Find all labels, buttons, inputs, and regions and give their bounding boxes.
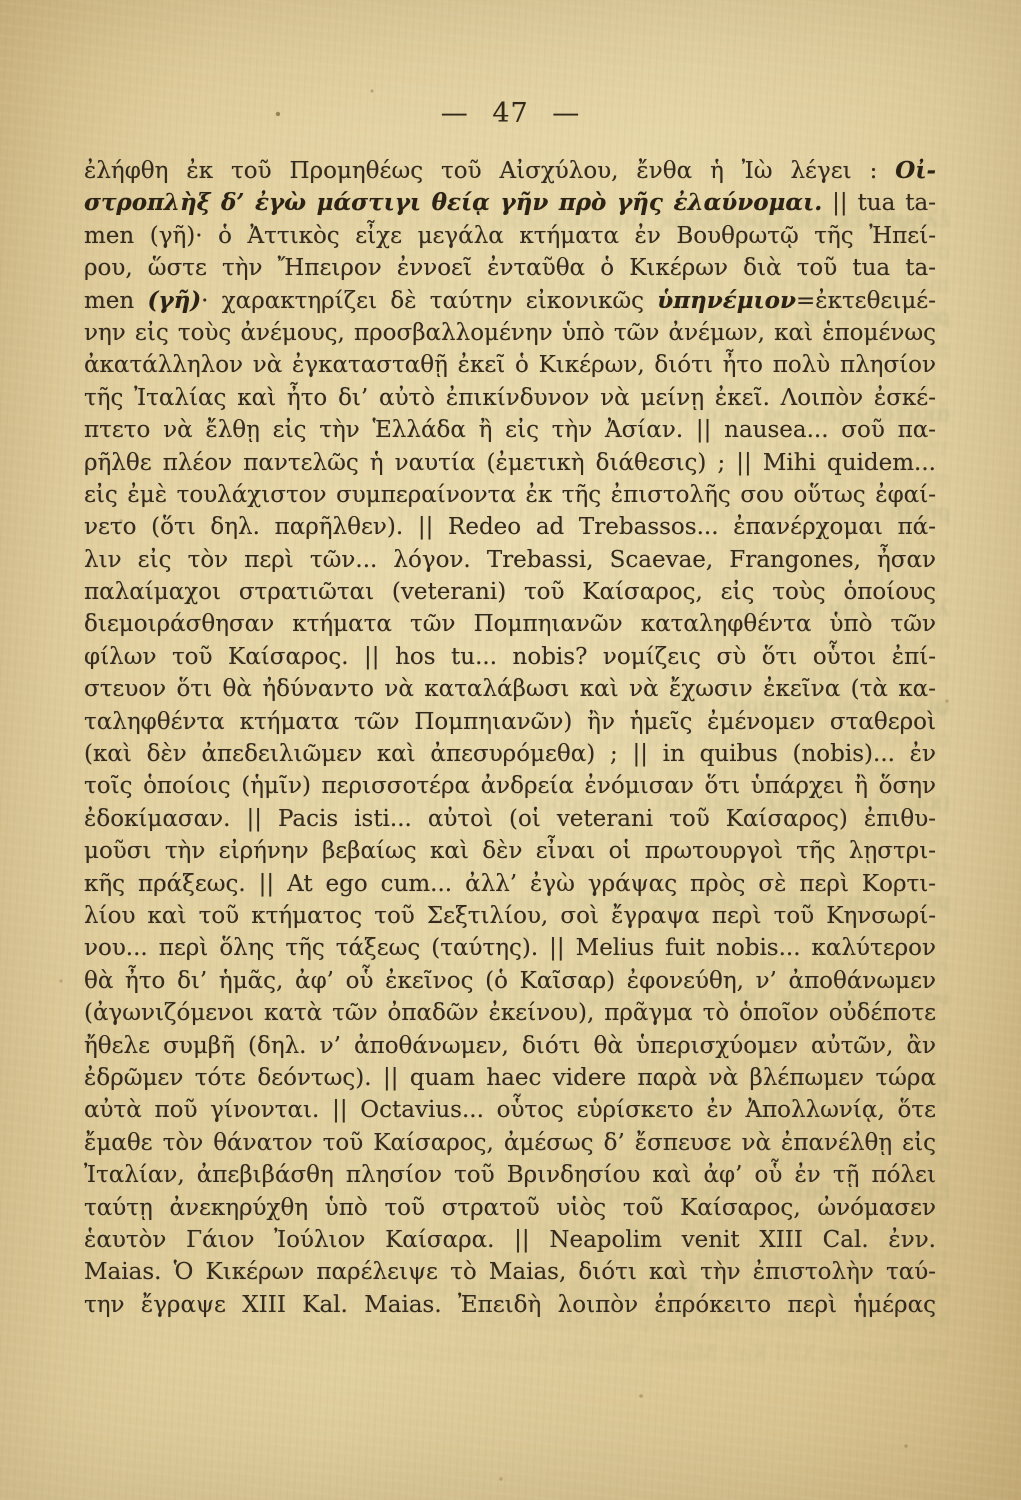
text-segment: Maias. Ὁ Κικέρων παρέλειψε τὸ Maias, διό… <box>84 1259 936 1285</box>
text-line: εἰς ἐμὲ τουλάχιστον συμπεραίνοντα ἐκ τῆς… <box>84 479 936 511</box>
text-segment: πτετο νὰ ἔλθῃ εἰς τὴν Ἑλλάδα ἢ εἰς τὴν Ἀ… <box>84 417 936 443</box>
text-segment: ταύτῃ ἀνεκηρύχθη ὑπὸ τοῦ στρατοῦ υἱὸς το… <box>84 1195 936 1221</box>
text-segment: αὐτὰ ποῦ γίνονται. || Octavius... οὗτος … <box>84 1097 936 1123</box>
text-line: (ἀγωνιζόμενοι κατὰ τῶν ὀπαδῶν ἐκείνου), … <box>84 997 936 1029</box>
text-line: φίλων τοῦ Καίσαρος. || hos tu... nobis? … <box>84 641 936 673</box>
text-line: πτετο νὰ ἔλθῃ εἰς τὴν Ἑλλάδα ἢ εἰς τὴν Ἀ… <box>84 414 936 446</box>
text-line: νην εἰς τοὺς ἀνέμους, προσβαλλομένην ὑπὸ… <box>84 317 936 349</box>
text-line: την ἔγραψε XIII Kal. Maias. Ἐπειδὴ λοιπὸ… <box>84 1289 936 1321</box>
text-segment: (καὶ δὲν ἀπεδειλιῶμεν καὶ ἀπεσυρόμεθα) ;… <box>84 741 936 767</box>
text-segment: ἐλήφθη ἐκ τοῦ Προμηθέως τοῦ Αἰσχύλου, ἔν… <box>84 158 895 184</box>
text-segment: νετο (ὅτι δηλ. παρῆλθεν). || Redeo ad Tr… <box>84 514 936 540</box>
text-line: ἐλήφθη ἐκ τοῦ Προμηθέως τοῦ Αἰσχύλου, ἔν… <box>84 155 936 187</box>
text-segment: ἐδοκίμασαν. || Pacis isti... αὐτοὶ (οἱ v… <box>84 806 936 832</box>
text-segment: ρῆλθε πλέον παντελῶς ἡ ναυτία (ἐμετικὴ δ… <box>84 450 936 476</box>
text-line: ἐδοκίμασαν. || Pacis isti... αὐτοὶ (οἱ v… <box>84 803 936 835</box>
text-line: men (γῆ)· ὁ Ἀττικὸς εἶχε μεγάλα κτήματα … <box>84 220 936 252</box>
text-segment: Ἰταλίαν, ἀπεβιβάσθη πλησίον τοῦ Βρινδησί… <box>84 1162 936 1188</box>
text-segment: Οἰ- <box>895 157 936 184</box>
text-segment: στροπλὴξ δ’ ἐγὼ μάστιγι θείᾳ γῆν πρὸ γῆς… <box>84 189 822 216</box>
text-segment: ρου, ὥστε τὴν Ἤπειρον ἐννοεῖ ἐνταῦθα ὁ Κ… <box>84 255 936 281</box>
text-segment: παλαίμαχοι στρατιῶται (veterani) τοῦ Καί… <box>84 579 936 605</box>
text-line: ἔμαθε τὸν θάνατον τοῦ Καίσαρος, ἀμέσως δ… <box>84 1127 936 1159</box>
text-segment: την ἔγραψε XIII Kal. Maias. Ἐπειδὴ λοιπὸ… <box>84 1292 936 1318</box>
text-segment: (ἀγωνιζόμενοι κατὰ τῶν ὀπαδῶν ἐκείνου), … <box>84 1000 936 1026</box>
text-line: ἐδρῶμεν τότε δεόντως). || quam haec vide… <box>84 1062 936 1094</box>
text-line: παλαίμαχοι στρατιῶται (veterani) τοῦ Καί… <box>84 576 936 608</box>
text-line: ἑαυτὸν Γάιον Ἰούλιον Καίσαρα. || Neapoli… <box>84 1224 936 1256</box>
page-number: — 47 — <box>0 98 1021 129</box>
text-line: τῆς Ἰταλίας καὶ ἦτο δι’ αὐτὸ ἐπικίνδυνον… <box>84 382 936 414</box>
text-segment: λιν εἰς τὸν περὶ τῶν... λόγον. Trebassi,… <box>84 547 936 573</box>
text-segment: ταληφθέντα κτήματα τῶν Πομπηιανῶν) ἢν ἡμ… <box>84 709 936 735</box>
text-block: ἐλήφθη ἐκ τοῦ Προμηθέως τοῦ Αἰσχύλου, ἔν… <box>84 155 936 1321</box>
text-line: (καὶ δὲν ἀπεδειλιῶμεν καὶ ἀπεσυρόμεθα) ;… <box>84 738 936 770</box>
text-line: Maias. Ὁ Κικέρων παρέλειψε τὸ Maias, διό… <box>84 1256 936 1288</box>
text-segment: φίλων τοῦ Καίσαρος. || hos tu... nobis? … <box>84 644 936 670</box>
text-line: ρου, ὥστε τὴν Ἤπειρον ἐννοεῖ ἐνταῦθα ὁ Κ… <box>84 252 936 284</box>
text-segment: τοῖς ὁποίοις (ἡμῖν) περισσοτέρα ἀνδρεία … <box>84 773 936 799</box>
text-line: αὐτὰ ποῦ γίνονται. || Octavius... οὗτος … <box>84 1094 936 1126</box>
text-line: ταληφθέντα κτήματα τῶν Πομπηιανῶν) ἢν ἡμ… <box>84 706 936 738</box>
text-line: μοῦσι τὴν εἰρήνην βεβαίως καὶ δὲν εἶναι … <box>84 835 936 867</box>
text-segment: ἤθελε συμβῆ (δηλ. ν’ ἀποθάνωμεν, διότι θ… <box>84 1033 936 1059</box>
text-segment: μοῦσι τὴν εἰρήνην βεβαίως καὶ δὲν εἶναι … <box>84 838 936 864</box>
text-line: θὰ ἦτο δι’ ἡμᾶς, ἀφ’ οὗ ἐκεῖνος (ὁ Καῖσα… <box>84 965 936 997</box>
text-segment: ἑαυτὸν Γάιον Ἰούλιον Καίσαρα. || Neapoli… <box>84 1227 936 1253</box>
text-segment: men (γῆ)· ὁ Ἀττικὸς εἶχε μεγάλα κτήματα … <box>84 223 936 249</box>
paper-specks <box>0 0 2 2</box>
text-line: Ἰταλίαν, ἀπεβιβάσθη πλησίον τοῦ Βρινδησί… <box>84 1159 936 1191</box>
text-line: διεμοιράσθησαν κτήματα τῶν Πομπηιανῶν κα… <box>84 608 936 640</box>
text-segment: τῆς Ἰταλίας καὶ ἦτο δι’ αὐτὸ ἐπικίνδυνον… <box>84 385 936 411</box>
text-line: ταύτῃ ἀνεκηρύχθη ὑπὸ τοῦ στρατοῦ υἱὸς το… <box>84 1192 936 1224</box>
text-segment: (γῆ) <box>148 287 202 314</box>
text-segment: ἔμαθε τὸν θάνατον τοῦ Καίσαρος, ἀμέσως δ… <box>84 1130 936 1156</box>
text-line: στευον ὅτι θὰ ἠδύναντο νὰ καταλάβωσι καὶ… <box>84 673 936 705</box>
text-line: τοῖς ὁποίοις (ἡμῖν) περισσοτέρα ἀνδρεία … <box>84 770 936 802</box>
text-line: λιν εἰς τὸν περὶ τῶν... λόγον. Trebassi,… <box>84 544 936 576</box>
text-segment: στευον ὅτι θὰ ἠδύναντο νὰ καταλάβωσι καὶ… <box>84 676 936 702</box>
text-line: men (γῆ)· χαρακτηρίζει δὲ ταύτην εἰκονικ… <box>84 285 936 317</box>
text-segment: ὑπηνέμιον <box>657 287 796 314</box>
text-segment: ἀκατάλληλον νὰ ἐγκατασταθῇ ἐκεῖ ὁ Κικέρω… <box>84 352 936 378</box>
text-line: ἤθελε συμβῆ (δηλ. ν’ ἀποθάνωμεν, διότι θ… <box>84 1030 936 1062</box>
text-segment: men <box>84 288 148 314</box>
text-segment: κῆς πράξεως. || At ego cum... ἀλλ’ ἐγὼ γ… <box>84 871 936 897</box>
text-segment: εἰς ἐμὲ τουλάχιστον συμπεραίνοντα ἐκ τῆς… <box>84 482 936 508</box>
text-line: νετο (ὅτι δηλ. παρῆλθεν). || Redeo ad Tr… <box>84 511 936 543</box>
text-segment: || tua ta- <box>822 190 936 216</box>
text-line: στροπλὴξ δ’ ἐγὼ μάστιγι θείᾳ γῆν πρὸ γῆς… <box>84 187 936 219</box>
text-line: ἀκατάλληλον νὰ ἐγκατασταθῇ ἐκεῖ ὁ Κικέρω… <box>84 349 936 381</box>
scanned-book-page: ἐλήφθη ἐκ τοῦ Προμηθέως τοῦ Αἰσχύλου, ἔν… <box>0 0 1021 1500</box>
text-segment: λίου καὶ τοῦ κτήματος τοῦ Σεξτιλίου, σοὶ… <box>84 903 936 929</box>
text-line: ρῆλθε πλέον παντελῶς ἡ ναυτία (ἐμετικὴ δ… <box>84 447 936 479</box>
text-line: νου... περὶ ὅλης τῆς τάξεως (ταύτης). ||… <box>84 932 936 964</box>
text-line: λίου καὶ τοῦ κτήματος τοῦ Σεξτιλίου, σοὶ… <box>84 900 936 932</box>
text-segment: =ἐκτεθειμέ- <box>796 288 936 314</box>
text-segment: ἐδρῶμεν τότε δεόντως). || quam haec vide… <box>84 1065 936 1091</box>
text-segment: θὰ ἦτο δι’ ἡμᾶς, ἀφ’ οὗ ἐκεῖνος (ὁ Καῖσα… <box>84 968 936 994</box>
text-segment: νου... περὶ ὅλης τῆς τάξεως (ταύτης). ||… <box>84 935 936 961</box>
text-segment: διεμοιράσθησαν κτήματα τῶν Πομπηιανῶν κα… <box>84 611 936 637</box>
text-line: κῆς πράξεως. || At ego cum... ἀλλ’ ἐγὼ γ… <box>84 868 936 900</box>
text-segment: · χαρακτηρίζει δὲ ταύτην εἰκονικῶς <box>201 288 657 314</box>
text-segment: νην εἰς τοὺς ἀνέμους, προσβαλλομένην ὑπὸ… <box>84 320 936 346</box>
